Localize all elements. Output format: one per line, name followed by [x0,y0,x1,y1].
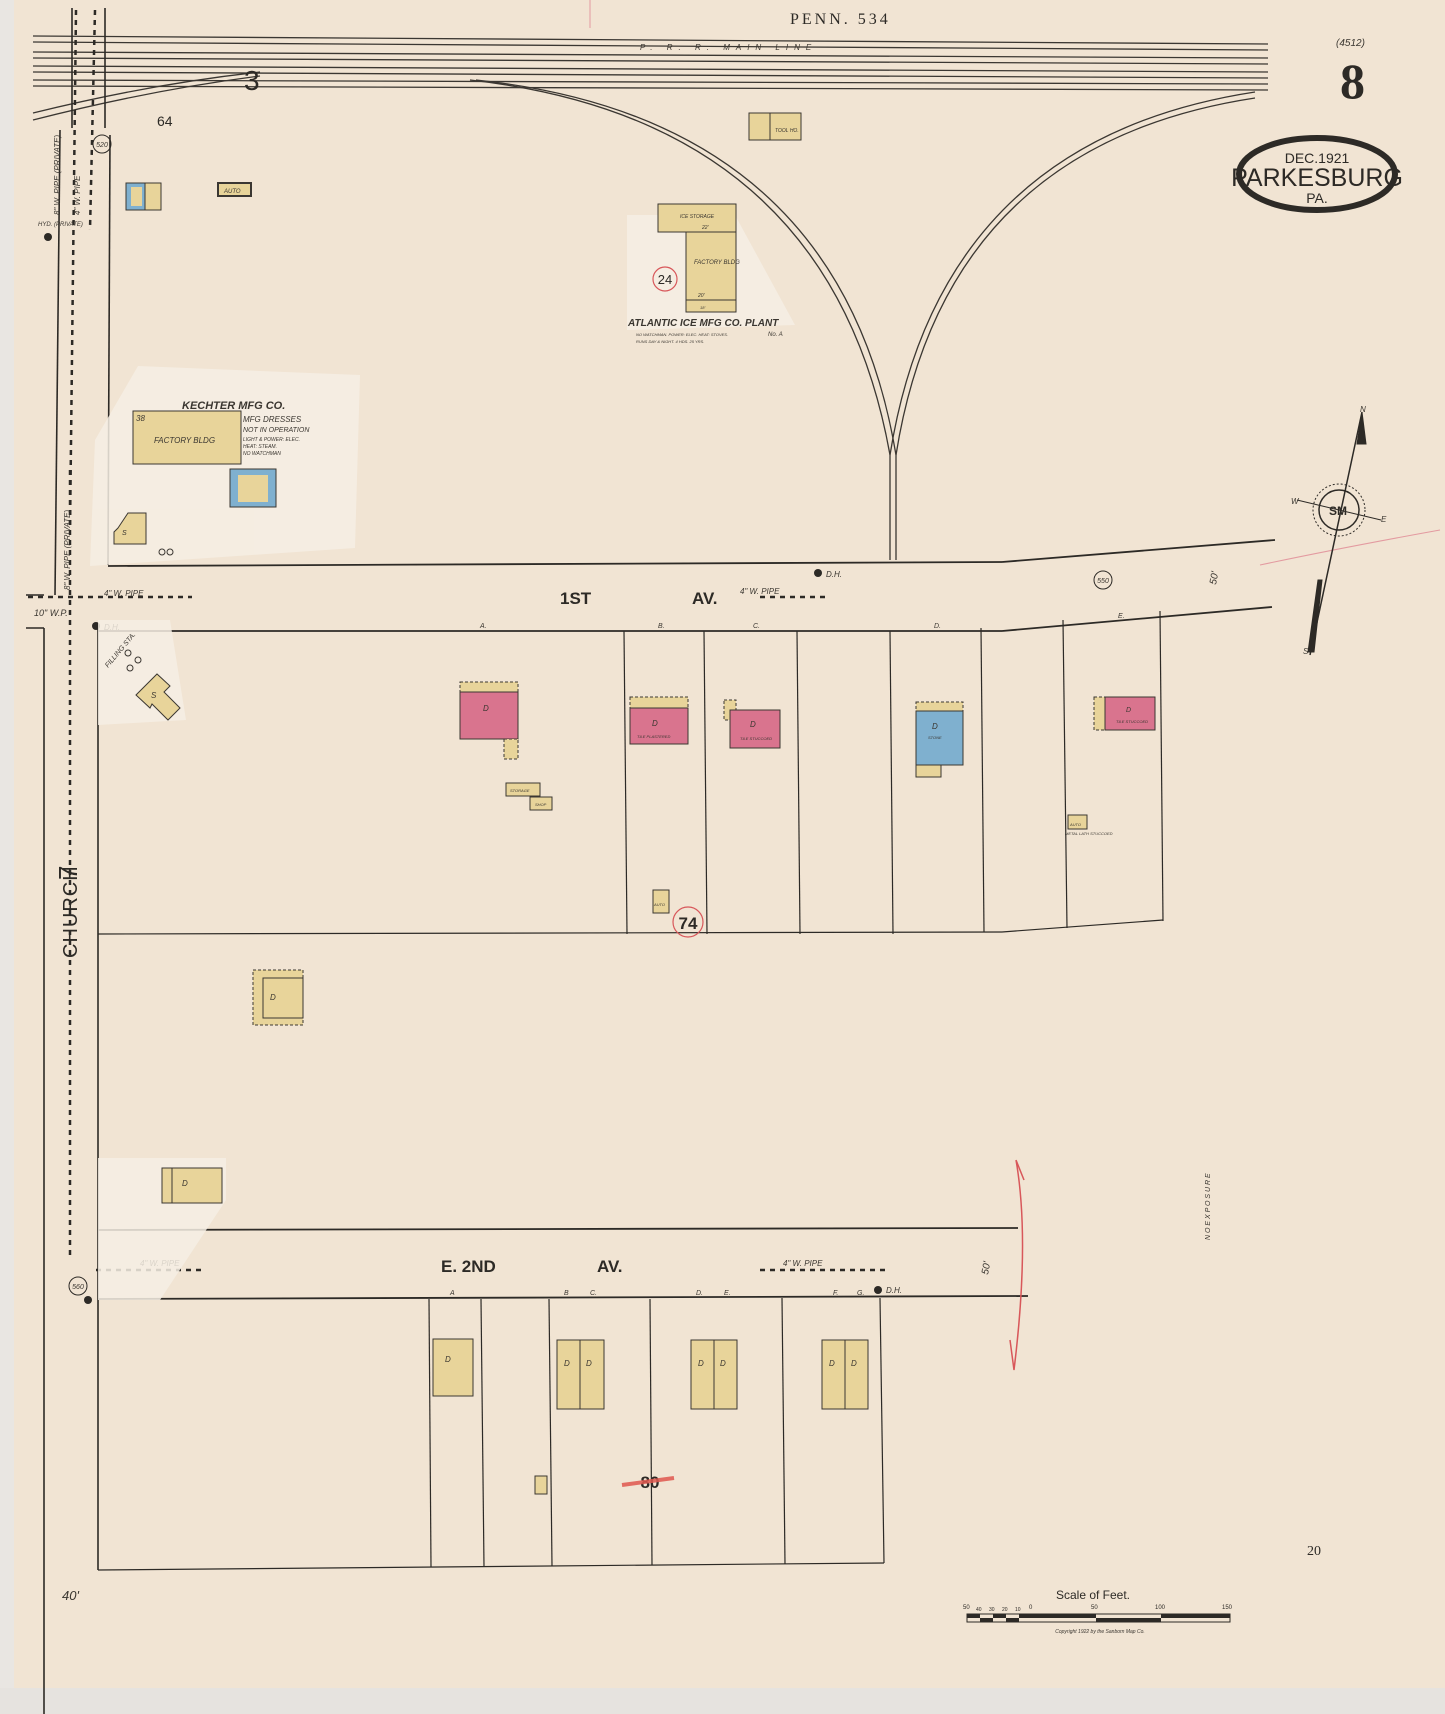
svg-text:STONE: STONE [928,735,942,740]
dwelling-church-lower[interactable]: D [162,1168,222,1203]
block-number-3: 3 [244,65,260,96]
elevation-520: 520 [96,142,108,149]
scale-of-feet: Scale of Feet. 50 40 30 20 10 0 50 100 1… [963,1588,1233,1635]
double-dwelling-lots-fg[interactable]: D D [822,1340,868,1409]
tool-house[interactable]: TOOL HO. [749,113,801,140]
svg-text:40: 40 [976,1607,982,1613]
svg-text:TILE STUCCOED: TILE STUCCOED [740,736,772,741]
svg-text:Scale of Feet.: Scale of Feet. [1056,1588,1130,1602]
block-label-74: 74 [679,914,698,933]
lot-letters-1st: A. B. C. D. E. [479,613,1125,630]
rr-main-line-label: P. R. R. MAIN LINE [640,43,817,52]
church-width-label: 40' [62,1588,79,1603]
pipe-label-church-2: 8" W. PIPE (PRIVATE) [63,509,72,590]
dwelling-lot-d-1st-stone[interactable]: D STONE [916,702,963,777]
dwelling-lot-a-2nd[interactable]: D [433,1339,473,1396]
svg-text:D: D [851,1359,857,1368]
dwelling-church-mid[interactable]: D [253,970,303,1025]
auto-garage-lot-b[interactable]: AUTO [653,890,669,913]
svg-text:D: D [750,720,756,729]
paste-over-slips [90,215,795,1300]
svg-text:D: D [182,1179,188,1188]
dwelling-lot-c-1st[interactable]: D TILE STUCCOED [724,700,780,748]
svg-text:MFG DRESSES: MFG DRESSES [243,415,302,424]
svg-text:D: D [698,1359,704,1368]
first-av-lines [98,540,1275,631]
svg-text:D: D [652,719,658,728]
pipe-label-10: 10" W.P. [34,608,68,618]
compass-monogram: SM [1329,504,1347,518]
svg-text:A.: A. [479,623,487,630]
small-stone-frame-bldg[interactable] [126,183,161,210]
auto-lot-2nd[interactable] [535,1476,547,1494]
svg-text:0: 0 [1029,1605,1033,1611]
width-label-1st: 50' [1208,570,1221,586]
svg-text:C.: C. [590,1290,597,1297]
svg-text:150: 150 [1222,1605,1233,1611]
svg-text:100: 100 [1155,1605,1166,1611]
church-number: 7 [53,866,83,880]
svg-text:KECHTER MFG CO.: KECHTER MFG CO. [182,400,285,412]
svg-text:SHOP: SHOP [535,802,547,807]
dwelling-lot-e-1st[interactable]: D TILE STUCCOED [1094,697,1155,730]
svg-text:30: 30 [989,1607,995,1613]
red-pencil-bracket [1010,1160,1024,1370]
header-stamp: PENN. 534 [790,11,891,28]
svg-text:ICE STORAGE: ICE STORAGE [680,214,715,220]
dwelling-lot-a-1st[interactable]: D [460,682,518,759]
pipe-label-1st: 4" W. PIPE [740,587,780,596]
block-number-64: 64 [157,113,173,129]
svg-text:AUTO: AUTO [223,189,241,195]
svg-text:E: E [1381,515,1387,524]
elevation-550: 550 [1097,578,1109,585]
svg-text:20': 20' [697,293,706,299]
svg-text:TILE PLASTERED: TILE PLASTERED [637,734,670,739]
svg-text:AUTO: AUTO [653,902,665,907]
svg-text:Copyright 1922 by the Sanborn: Copyright 1922 by the Sanborn Map Co. [1055,1629,1145,1635]
street-label-av-2: AV. [597,1257,623,1276]
svg-text:50: 50 [1091,1605,1098,1611]
svg-text:STORAGE: STORAGE [510,788,530,793]
svg-text:NO WATCHMAN. POWER: ELEC. HEAT: NO WATCHMAN. POWER: ELEC. HEAT: STOVES. [636,332,728,337]
sheet-index-number: 20 [1307,1544,1321,1559]
volume-code: (4512) [1336,38,1365,49]
svg-text:E.: E. [1118,613,1125,620]
auto-garage-upper[interactable]: AUTO [218,183,251,196]
svg-text:S: S [151,691,157,700]
svg-text:D: D [483,704,489,713]
svg-text:D: D [445,1355,451,1364]
double-dwelling-lots-bc[interactable]: D D [557,1340,604,1409]
sanborn-map-sheet: PENN. 534 P. R. R. MAIN LINE 3 64 (4512)… [0,0,1445,1714]
svg-text:D: D [564,1359,570,1368]
svg-text:TOOL HO.: TOOL HO. [775,128,799,134]
storage-shop[interactable]: STORAGE SHOP [506,783,552,810]
no-exposure-label: N O E X P O S U R E [1205,1173,1212,1240]
svg-text:N: N [1360,405,1366,414]
svg-text:B.: B. [658,623,665,630]
elevation-560: 560 [72,1284,84,1291]
svg-text:S: S [1303,647,1309,656]
svg-text:W: W [1291,497,1300,506]
pipe-label-2nd-right: 4" W. PIPE [783,1259,823,1268]
block-label-24: 24 [658,272,672,287]
street-label-2nd: E. 2ND [441,1257,496,1276]
svg-text:38: 38 [136,414,145,423]
svg-text:ATLANTIC ICE MFG CO. PLANT: ATLANTIC ICE MFG CO. PLANT [627,318,779,329]
svg-text:22': 22' [701,225,710,231]
dh-label-2nd: D.H. [886,1286,902,1295]
svg-text:No. A: No. A [768,332,783,338]
svg-text:20: 20 [1002,1607,1008,1613]
page-number: 8 [1340,53,1365,109]
svg-text:D.: D. [934,623,941,630]
pipe-label-private: 8" W. PIPE (PRIVATE) [53,134,62,215]
svg-text:18': 18' [700,305,705,310]
svg-text:C.: C. [753,623,760,630]
svg-text:NOT IN OPERATION: NOT IN OPERATION [243,427,310,434]
map-canvas[interactable]: PENN. 534 P. R. R. MAIN LINE 3 64 (4512)… [0,0,1445,1714]
double-dwelling-lots-de[interactable]: D D [691,1340,737,1409]
title-cartouche: DEC.1921 PARKESBURG PA. [1231,138,1403,210]
svg-text:D: D [932,722,938,731]
svg-text:D: D [586,1359,592,1368]
svg-text:10: 10 [1015,1607,1021,1613]
svg-text:D: D [720,1359,726,1368]
auto-metal-lath[interactable]: AUTO METAL LATH STUCCOED [1065,815,1113,836]
svg-text:B: B [564,1290,569,1297]
svg-text:AUTO: AUTO [1069,822,1081,827]
svg-text:A: A [449,1290,455,1297]
svg-text:D: D [829,1359,835,1368]
svg-text:TILE STUCCOED: TILE STUCCOED [1116,719,1148,724]
svg-text:D.: D. [696,1290,703,1297]
pipe-label-church: 4" W. PIPE [73,175,82,215]
block-74-lot-lines [98,611,1163,934]
svg-text:NO WATCHMAN: NO WATCHMAN [243,451,281,457]
cartouche-state: PA. [1306,190,1328,206]
svg-text:50: 50 [963,1605,970,1611]
svg-text:G.: G. [857,1290,864,1297]
svg-text:FACTORY BLDG: FACTORY BLDG [154,436,215,445]
svg-text:RUNS DAY & NIGHT. 4 HDS. 25 YR: RUNS DAY & NIGHT. 4 HDS. 25 YRS. [636,339,704,344]
hydrant-label: HYD. (PRIVATE) [38,222,83,228]
svg-text:D: D [270,993,276,1002]
svg-text:LIGHT & POWER: ELEC.: LIGHT & POWER: ELEC. [243,437,300,443]
svg-text:E.: E. [724,1290,731,1297]
street-label-av-1: AV. [692,589,718,608]
dwelling-lot-b-1st[interactable]: D TILE PLASTERED [630,697,688,744]
svg-text:S: S [122,530,127,537]
svg-text:FACTORY BLDG: FACTORY BLDG [694,260,740,266]
pipe-label-1st-left: 4" W. PIPE [104,589,144,598]
svg-text:METAL LATH STUCCOED: METAL LATH STUCCOED [1065,831,1113,836]
svg-text:D: D [1126,707,1131,714]
svg-text:F.: F. [833,1290,838,1297]
compass-rose: SM N S E W [1291,405,1387,656]
svg-text:HEAT: STEAM.: HEAT: STEAM. [243,444,277,450]
church-street [26,8,110,1714]
cartouche-town: PARKESBURG [1231,164,1403,192]
width-label-2nd: 50' [980,1260,993,1276]
dh-label-1st: D.H. [826,570,842,579]
street-label-1st: 1ST [560,589,592,608]
block-80-lot-lines [98,1298,884,1570]
